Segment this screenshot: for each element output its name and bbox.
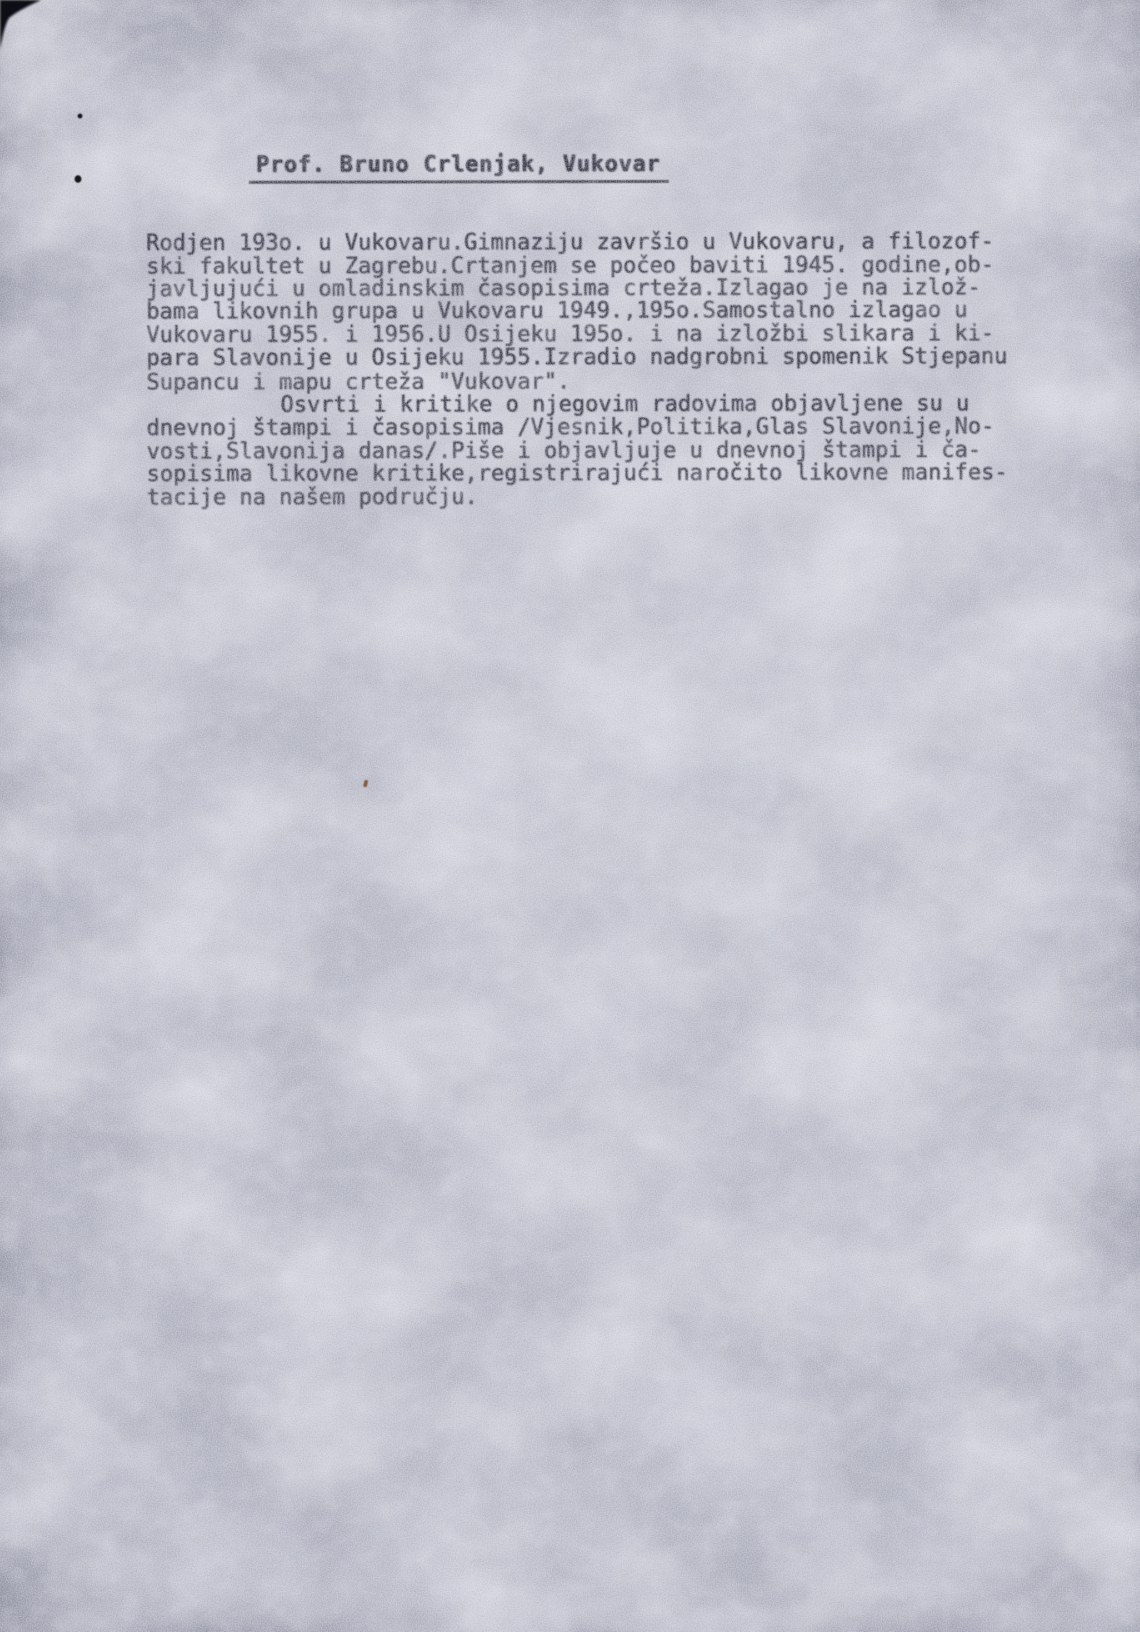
document-title: Prof. Bruno Crlenjak, Vukovar bbox=[249, 152, 669, 184]
text-line: Vukovaru 1955. i 1956.U Osijeku 195o. i … bbox=[146, 322, 1046, 347]
text-line: tacije na našem području. bbox=[147, 485, 1047, 510]
scanned-document-page: Prof. Bruno Crlenjak, Vukovar Rodjen 193… bbox=[0, 0, 1140, 1632]
title-block: Prof. Bruno Crlenjak, Vukovar bbox=[249, 152, 669, 184]
text-line: bama likovnih grupa u Vukovaru 1949.,195… bbox=[146, 299, 1046, 324]
typewritten-paragraphs: Rodjen 193o. u Vukovaru.Gimnaziju završi… bbox=[146, 230, 1047, 509]
text-line: para Slavonije u Osijeku 1955.Izradio na… bbox=[146, 346, 1046, 371]
text-line: Supancu i mapu crteža "Vukovar". bbox=[146, 369, 1046, 394]
text-line: dnevnoj štampi i časopisima /Vjesnik,Pol… bbox=[146, 415, 1046, 440]
document-content: Prof. Bruno Crlenjak, Vukovar Rodjen 193… bbox=[0, 0, 1140, 1632]
text-line: sopisima likovne kritike,registrirajući … bbox=[147, 461, 1047, 486]
text-line: Osvrti i kritike o njegovim radovima obj… bbox=[146, 392, 1046, 417]
text-line: Rodjen 193o. u Vukovaru.Gimnaziju završi… bbox=[146, 230, 1046, 255]
